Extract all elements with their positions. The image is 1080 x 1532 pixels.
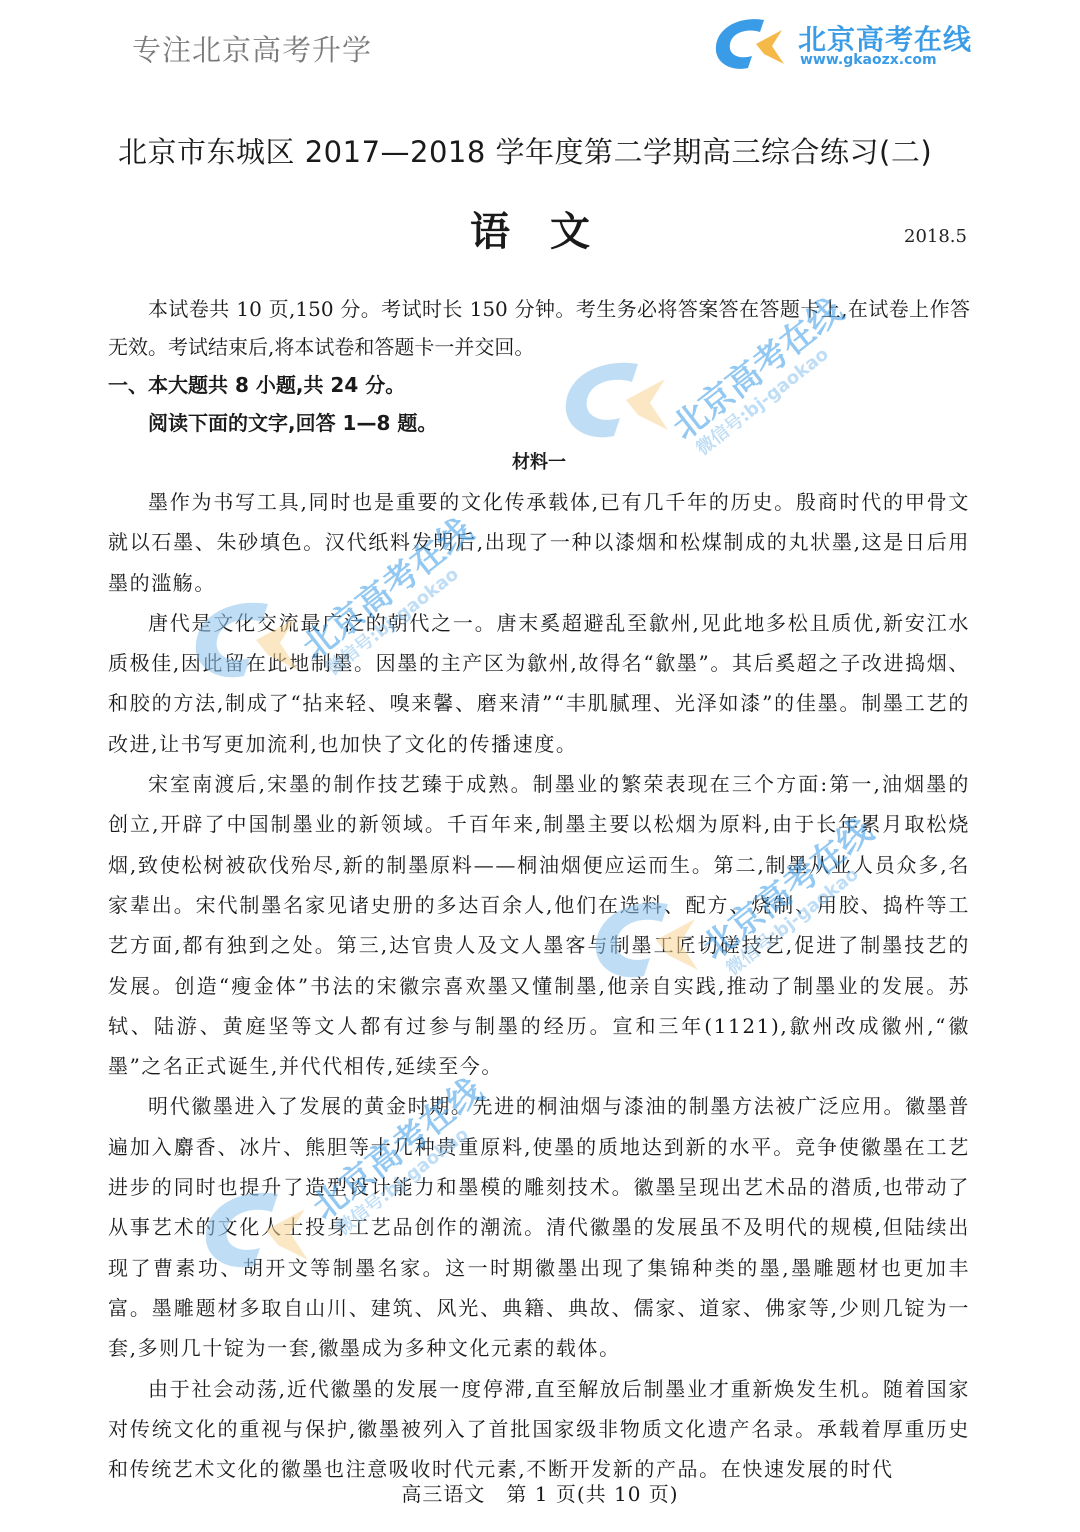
page-footer: 高三语文 第 1 页(共 10 页) — [0, 1478, 1080, 1507]
exam-date: 2018.5 — [904, 226, 967, 247]
brand-logo: 北京高考在线 www.gkaozx.com — [712, 14, 972, 74]
header-slogan: 专注北京高考升学 — [132, 28, 372, 69]
gk-logo-icon — [712, 16, 792, 72]
material-heading: 材料一 — [108, 444, 970, 482]
exam-title: 北京市东城区 2017—2018 学年度第二学期高三综合练习(二) — [118, 130, 978, 171]
section-heading: 一、本大题共 8 小题,共 24 分。 — [108, 366, 970, 404]
instructions-text: 本试卷共 10 页,150 分。考试时长 150 分钟。考生务必将答案答在答题卡… — [108, 290, 970, 366]
passage-paragraph: 由于社会动荡,近代徽墨的发展一度停滞,直至解放后制墨业才重新焕发生机。随着国家对… — [108, 1369, 970, 1490]
passage-paragraph: 明代徽墨进入了发展的黄金时期。先进的桐油烟与漆油的制墨方法被广泛应用。徽墨普遍加… — [108, 1086, 970, 1368]
logo-url: www.gkaozx.com — [800, 52, 937, 68]
instructions: 本试卷共 10 页,150 分。考试时长 150 分钟。考生务必将答案答在答题卡… — [108, 290, 970, 482]
passage-paragraph: 唐代是文化交流最广泛的朝代之一。唐末奚超避乱至歙州,见此地多松且质优,新安江水质… — [108, 603, 970, 764]
task-prompt: 阅读下面的文字,回答 1—8 题。 — [108, 404, 970, 442]
passage-paragraph: 宋室南渡后,宋墨的制作技艺臻于成熟。制墨业的繁荣表现在三个方面:第一,油烟墨的创… — [108, 764, 970, 1086]
passage-paragraph: 墨作为书写工具,同时也是重要的文化传承载体,已有几千年的历史。殷商时代的甲骨文就… — [108, 482, 970, 603]
reading-passage: 墨作为书写工具,同时也是重要的文化传承载体,已有几千年的历史。殷商时代的甲骨文就… — [108, 482, 970, 1489]
